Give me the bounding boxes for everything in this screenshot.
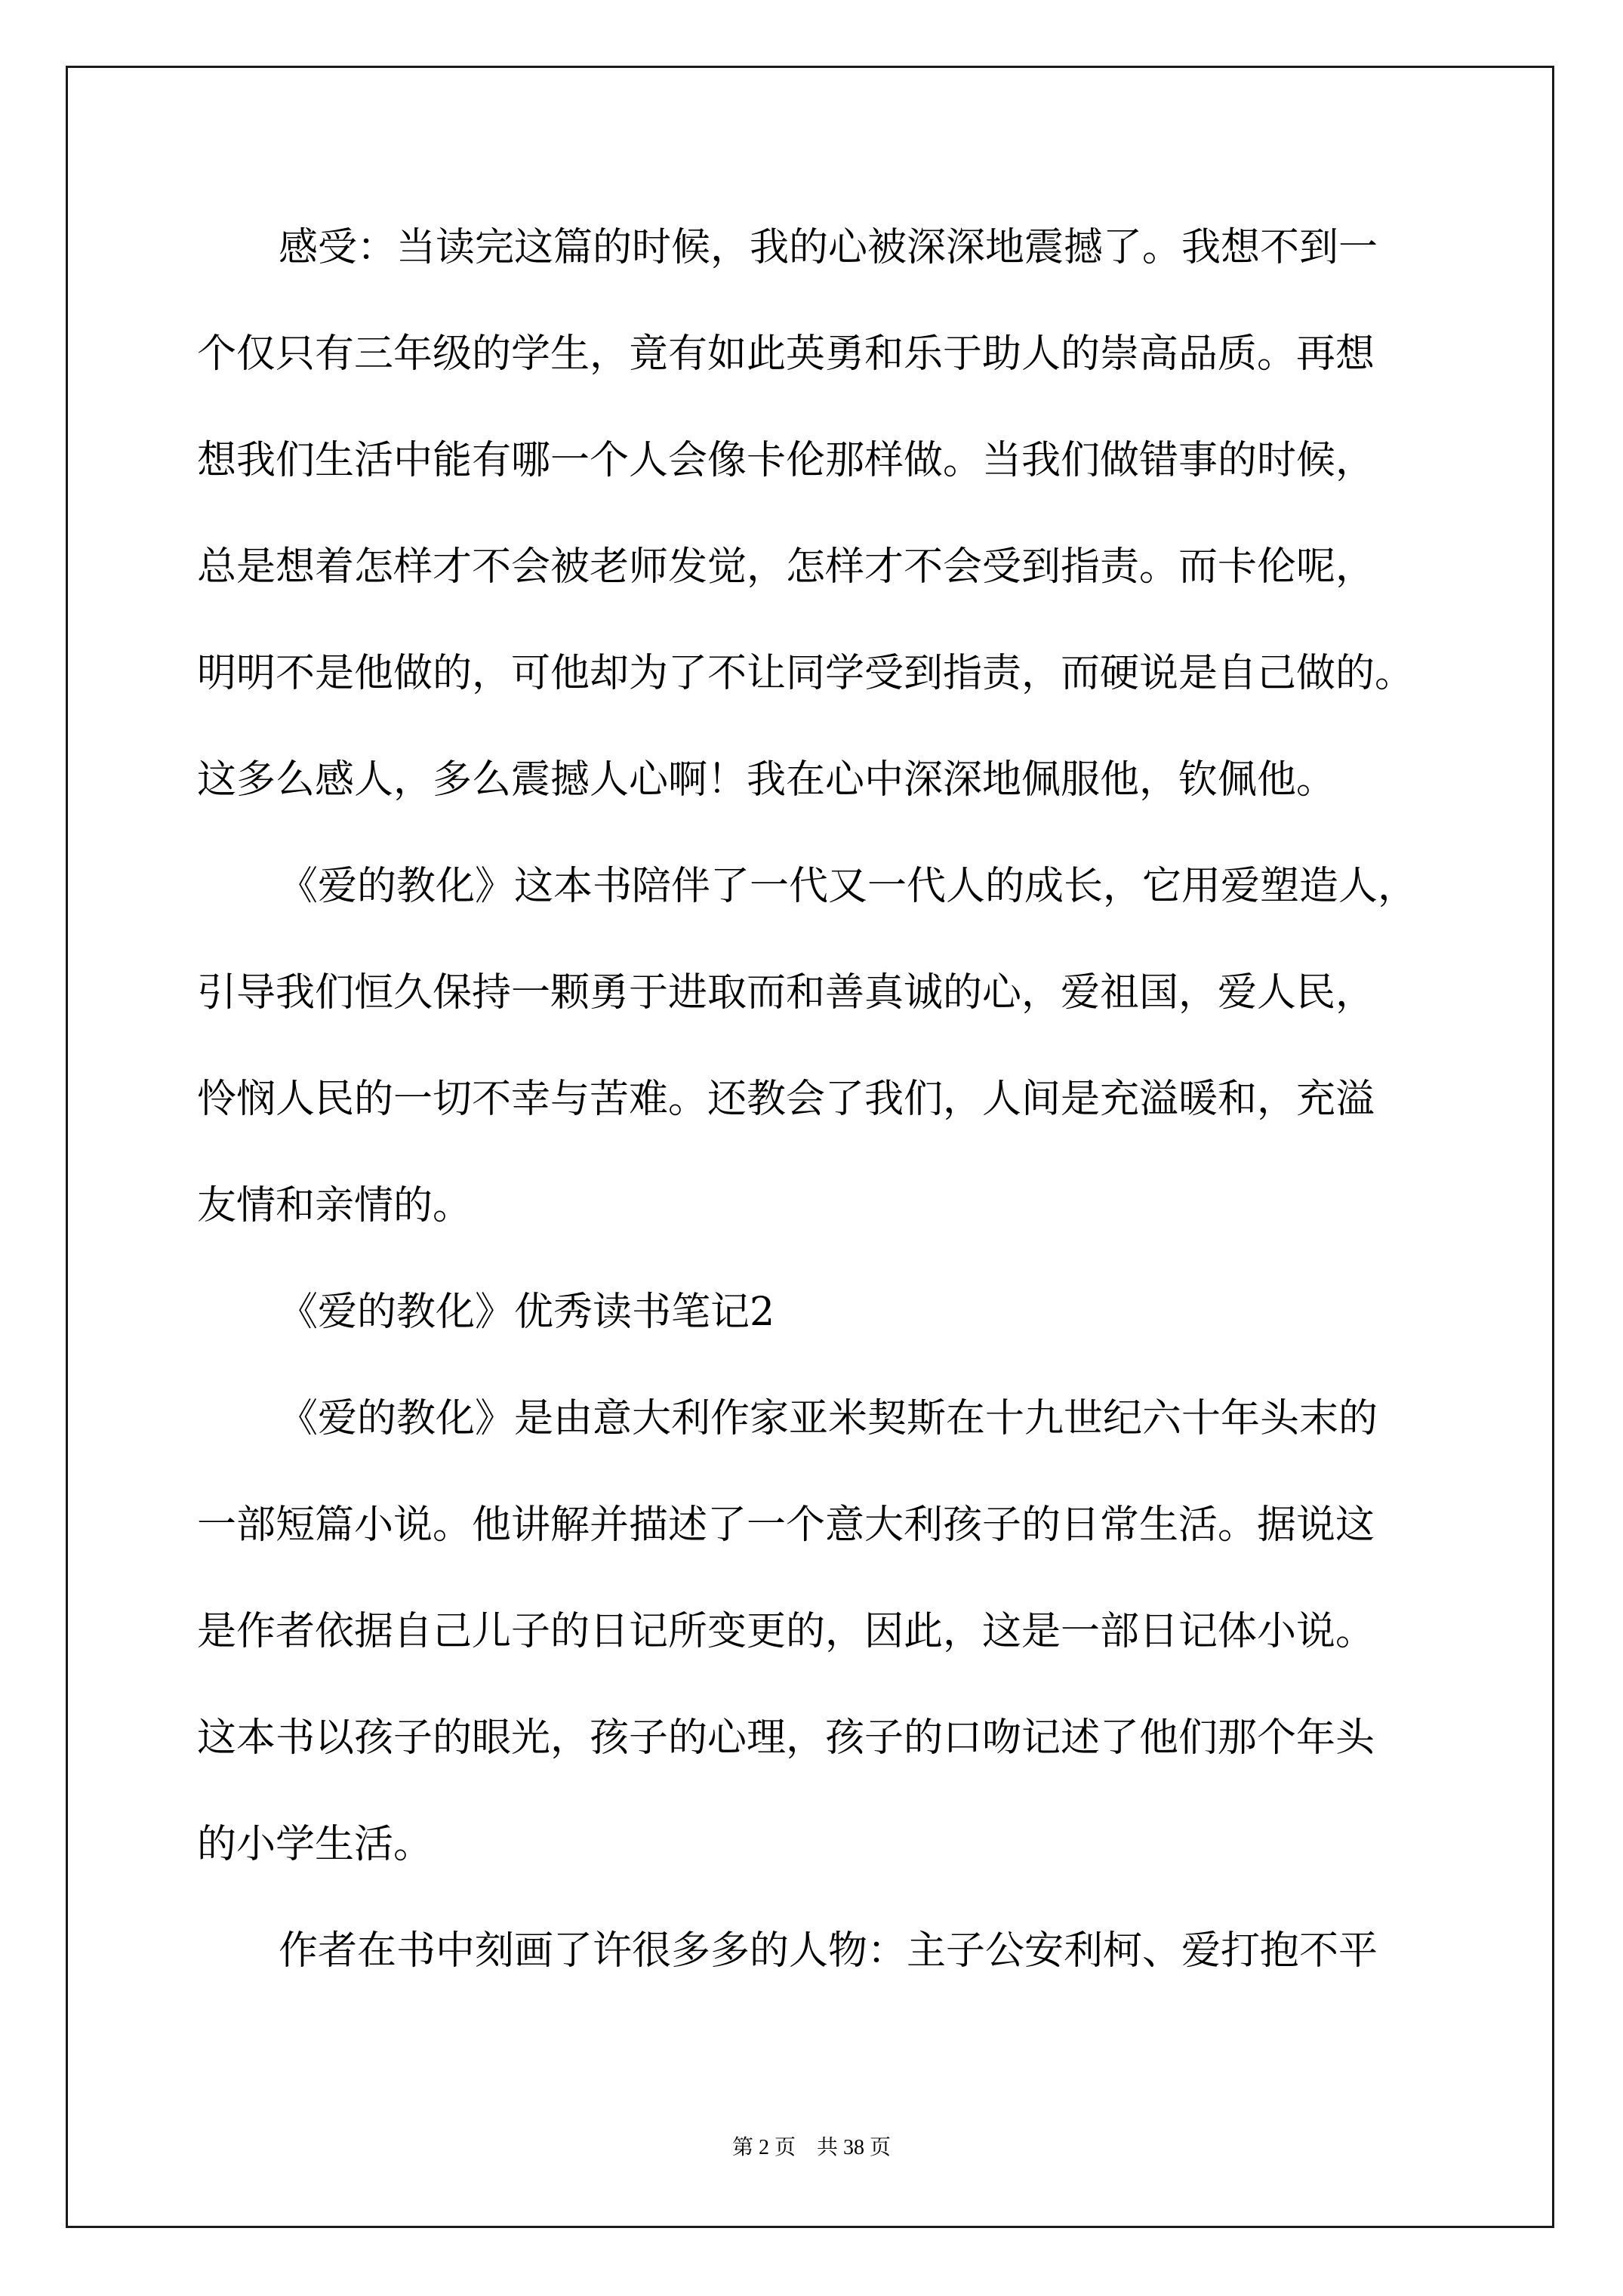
page-number-footer: 第 2 页 共 38 页 <box>0 2131 1623 2161</box>
document-body: 感受：当读完这篇的时候，我的心被深深地震撼了。我想不到一 个仅只有三年级的学生，… <box>197 195 1450 2005</box>
text-line: 这多么感人，多么震撼人心啊！我在心中深深地佩服他，钦佩他。 <box>197 727 1450 834</box>
text-line: 想我们生活中能有哪一个人会像卡伦那样做。当我们做错事的时候， <box>197 408 1450 514</box>
text-line: 明明不是他做的，可他却为了不让同学受到指责，而硬说是自己做的。 <box>197 621 1450 727</box>
text-line: 《爱的教化》这本书陪伴了一代又一代人的成长，它用爱塑造人， <box>197 834 1450 940</box>
text-line: 感受：当读完这篇的时候，我的心被深深地震撼了。我想不到一 <box>197 195 1450 301</box>
text-line: 作者在书中刻画了许很多多的人物：主子公安利柯、爱打抱不平 <box>197 1898 1450 2005</box>
text-line: 总是想着怎样才不会被老师发觉，怎样才不会受到指责。而卡伦呢， <box>197 514 1450 621</box>
text-line: 友情和亲情的。 <box>197 1153 1450 1259</box>
text-line: 《爱的教化》是由意大利作家亚米契斯在十九世纪六十年头末的 <box>197 1366 1450 1472</box>
section-heading: 《爱的教化》优秀读书笔记2 <box>197 1259 1450 1366</box>
text-line: 个仅只有三年级的学生，竟有如此英勇和乐于助人的崇高品质。再想 <box>197 301 1450 408</box>
text-line: 是作者依据自己儿子的日记所变更的，因此，这是一部日记体小说。 <box>197 1579 1450 1685</box>
text-line: 一部短篇小说。他讲解并描述了一个意大利孩子的日常生活。据说这 <box>197 1472 1450 1579</box>
text-line: 的小学生活。 <box>197 1792 1450 1898</box>
text-line: 怜悯人民的一切不幸与苦难。还教会了我们，人间是充溢暖和，充溢 <box>197 1046 1450 1153</box>
text-line: 这本书以孩子的眼光，孩子的心理，孩子的口吻记述了他们那个年头 <box>197 1685 1450 1792</box>
text-line: 引导我们恒久保持一颗勇于进取而和善真诚的心，爱祖国，爱人民， <box>197 940 1450 1046</box>
